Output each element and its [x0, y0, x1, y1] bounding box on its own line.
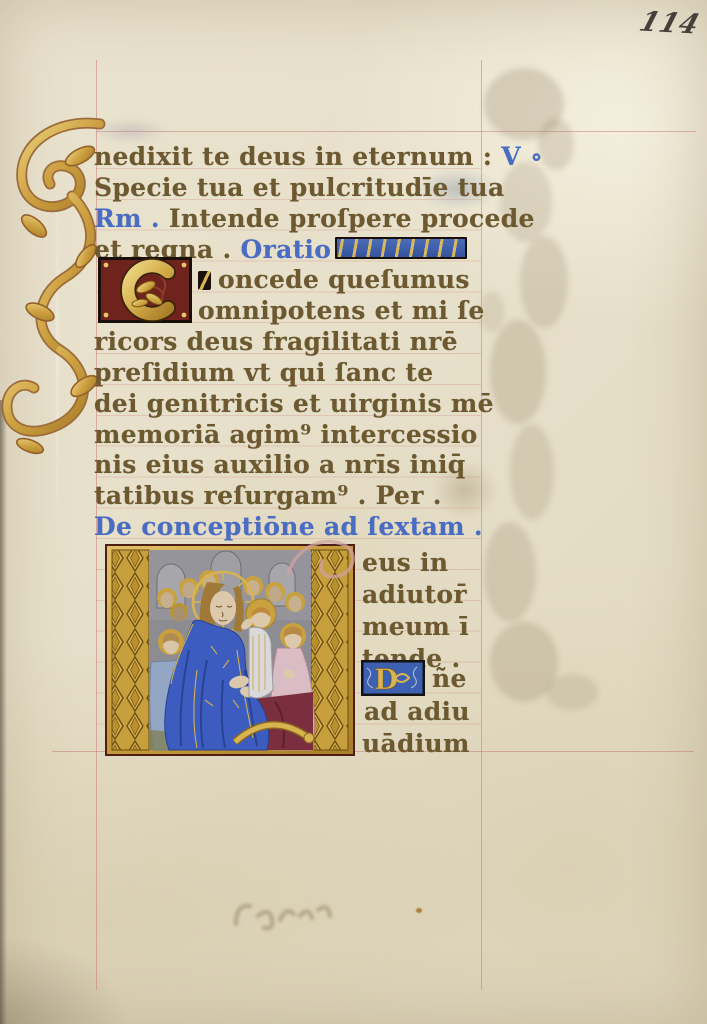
text-line: nedixit te deus in eternum : V ∘	[94, 142, 484, 173]
text-line: tatibus reſurgam⁹ . Per .	[94, 481, 484, 512]
text-line: preſidium vt qui ſanc te	[94, 358, 484, 389]
corner-shading	[0, 934, 130, 1024]
ruling-horizontal-top	[96, 131, 696, 132]
side-text-line: uādium	[362, 729, 470, 758]
main-text-block: nedixit te deus in eternum : V ∘ Specie …	[94, 142, 484, 543]
text-line: Specie tua et pulcritudīe tua	[94, 173, 484, 204]
ink-speck	[416, 908, 422, 913]
text-line: nis eius auxilio a nrīs iniq̄	[94, 450, 484, 481]
side-text-line: adiutor̄	[362, 580, 467, 609]
side-text-line: ñe	[432, 664, 467, 693]
side-text-line: meum ī	[362, 612, 469, 641]
svg-text:D: D	[374, 663, 398, 696]
text-line: Rm . Intende proſpere procede	[94, 204, 484, 235]
text-line: memoriā agim⁹ intercessio	[94, 420, 484, 451]
gold-feather-column-left	[112, 550, 149, 750]
parchment-page: 114	[0, 0, 707, 1024]
side-text-line: ad adiu	[364, 697, 470, 726]
text-line: dei genitricis et uirginis mē	[94, 389, 484, 420]
bleed-through-smudge-top	[92, 118, 168, 144]
illuminated-initial-d: D	[361, 660, 425, 696]
offset-ghost-script	[220, 884, 350, 940]
side-text-line: eus in	[362, 548, 448, 577]
pen-flourish	[278, 530, 368, 586]
binding-gutter-shadow	[0, 400, 7, 1024]
illuminated-initial-c	[98, 257, 192, 323]
folio-number: 114	[636, 6, 704, 40]
text-line: ricors deus fragilitati nrē	[94, 327, 484, 358]
